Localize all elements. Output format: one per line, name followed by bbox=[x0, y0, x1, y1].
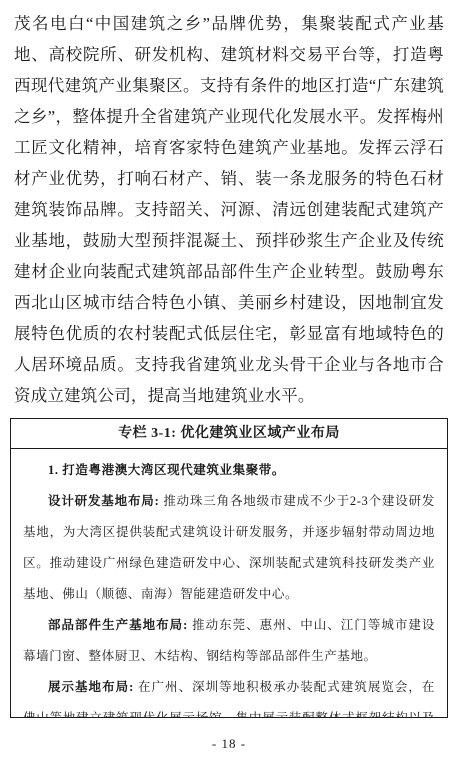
callout-item-heading: 1. 打造粤港澳大湾区现代建筑业集聚带。 bbox=[23, 455, 435, 486]
callout-content: 1. 打造粤港澳大湾区现代建筑业集聚带。 设计研发基地布局: 推动珠三角各地级市… bbox=[11, 449, 447, 717]
runin-text-design-rd: 推动珠三角各地级市建成不少于2-3个建设研发基地，为大湾区提供装配式建筑设计研发… bbox=[23, 494, 435, 601]
document-page: 茂名电白“中国建筑之乡”品牌优势，集聚装配式产业基地、高校院所、研发机构、建筑材… bbox=[0, 0, 458, 758]
callout-paragraph-design-rd: 设计研发基地布局: 推动珠三角各地级市建成不少于2-3个建设研发基地，为大湾区提… bbox=[23, 486, 435, 610]
runin-label-exhibition: 展示基地布局: bbox=[48, 680, 138, 694]
runin-label-design-rd: 设计研发基地布局: bbox=[48, 494, 163, 508]
body-text-block: 茂名电白“中国建筑之乡”品牌优势，集聚装配式产业基地、高校院所、研发机构、建筑材… bbox=[0, 0, 458, 411]
page-number: - 18 - bbox=[0, 736, 458, 752]
callout-paragraph-parts-production: 部品部件生产基地布局: 推动东莞、惠州、中山、江门等城市建设幕墙门窗、整体厨卫、… bbox=[23, 610, 435, 672]
callout-paragraph-exhibition: 展示基地布局: 在广州、深圳等地积极承办装配式建筑展览会，在佛山等地建立建筑现代… bbox=[23, 672, 435, 717]
callout-title: 专栏 3-1: 优化建筑业区域产业布局 bbox=[11, 419, 447, 449]
runin-label-parts-production: 部品部件生产基地布局: bbox=[48, 618, 192, 632]
body-paragraph: 茂名电白“中国建筑之乡”品牌优势，集聚装配式产业基地、高校院所、研发机构、建筑材… bbox=[14, 8, 444, 411]
callout-box: 专栏 3-1: 优化建筑业区域产业布局 1. 打造粤港澳大湾区现代建筑业集聚带。… bbox=[10, 418, 448, 718]
